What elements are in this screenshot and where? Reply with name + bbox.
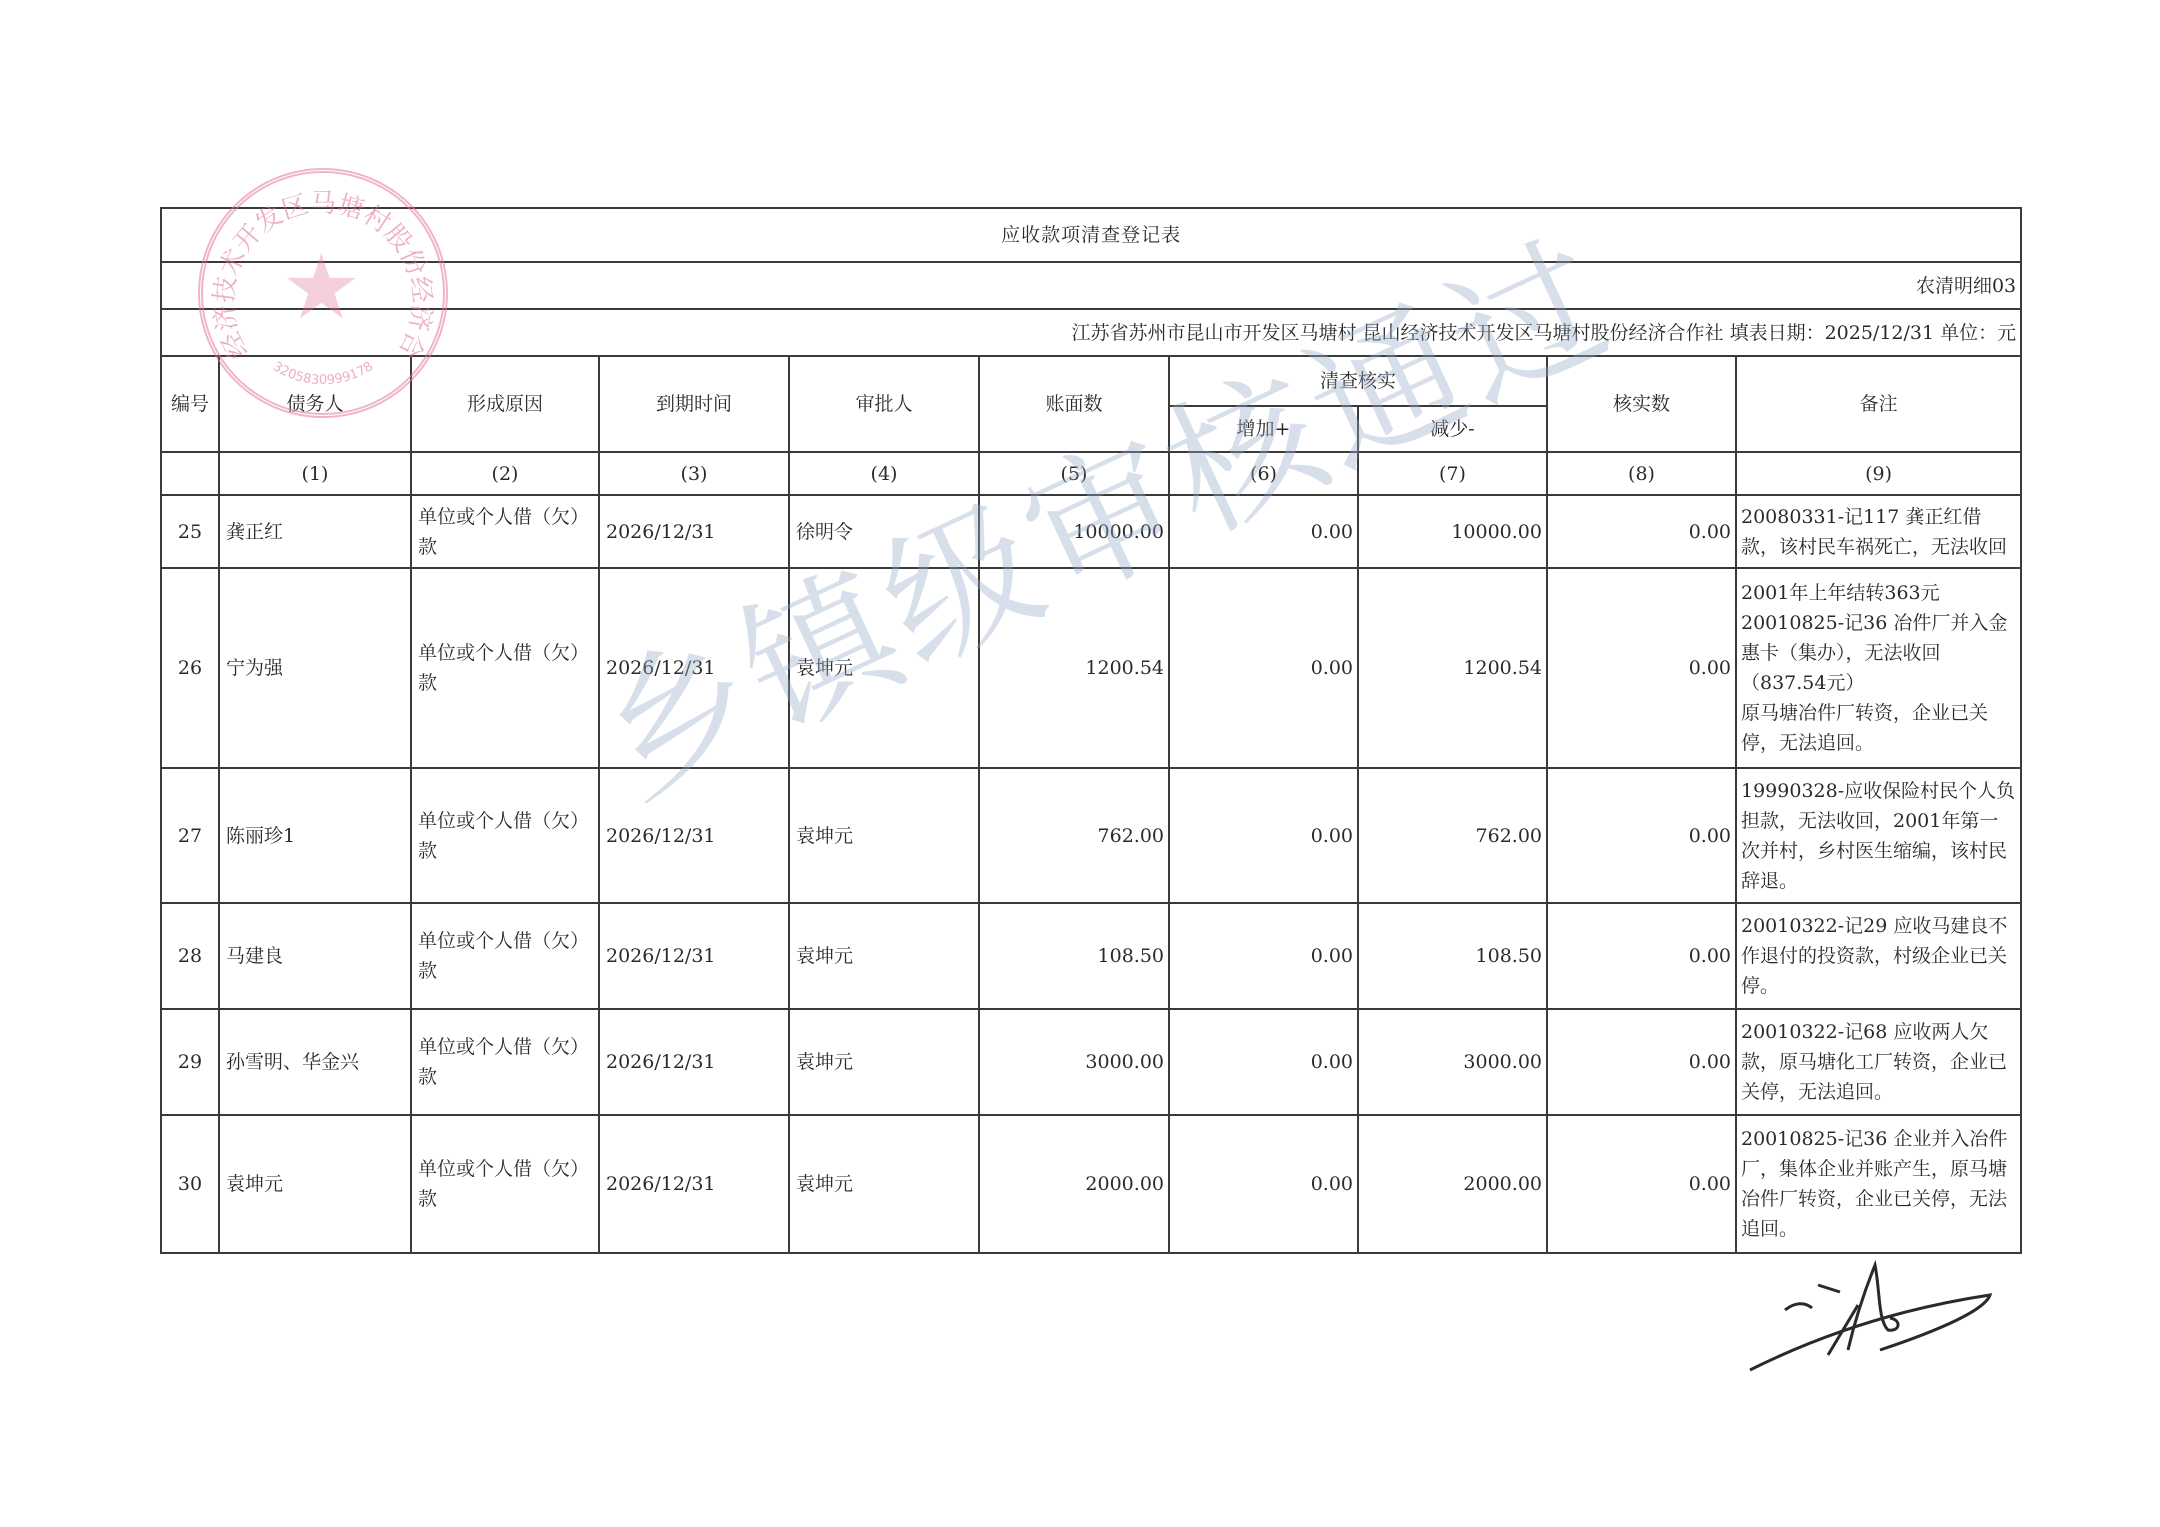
debtor-name: 龚正红 [219, 495, 411, 568]
debtor-name: 宁为强 [219, 568, 411, 768]
due-date: 2026/12/31 [599, 903, 789, 1009]
increase-amount: 0.00 [1169, 1009, 1358, 1115]
decrease-amount: 10000.00 [1358, 495, 1547, 568]
formation-reason: 单位或个人借（欠）款 [411, 768, 599, 903]
remarks: 20010322-记29 应收马建良不作退付的投资款，村级企业已关停。 [1736, 903, 2021, 1009]
book-amount: 3000.00 [979, 1009, 1169, 1115]
header-verified-amount: 核实数 [1547, 356, 1736, 452]
remarks: 19990328-应收保险村民个人负担款，无法收回，2001年第一次并村，乡村医… [1736, 768, 2021, 903]
formation-reason: 单位或个人借（欠）款 [411, 568, 599, 768]
column-number: (1) [219, 452, 411, 495]
table-row: 25龚正红单位或个人借（欠）款2026/12/31徐明令10000.000.00… [161, 495, 2021, 568]
approver-name: 徐明令 [789, 495, 979, 568]
column-number: (8) [1547, 452, 1736, 495]
remarks: 20080331-记117 龚正红借款，该村民车祸死亡，无法收回 [1736, 495, 2021, 568]
table-row: 30袁坤元单位或个人借（欠）款2026/12/31袁坤元2000.000.002… [161, 1115, 2021, 1253]
formation-reason: 单位或个人借（欠）款 [411, 495, 599, 568]
debtor-name: 陈丽珍1 [219, 768, 411, 903]
formation-reason: 单位或个人借（欠）款 [411, 1115, 599, 1253]
due-date: 2026/12/31 [599, 568, 789, 768]
approver-name: 袁坤元 [789, 1115, 979, 1253]
organization-info-line: 江苏省苏州市昆山市开发区马塘村 昆山经济技术开发区马塘村股份经济合作社 填表日期… [161, 309, 2021, 356]
book-amount: 10000.00 [979, 495, 1169, 568]
header-no: 编号 [161, 356, 219, 452]
book-amount: 762.00 [979, 768, 1169, 903]
increase-amount: 0.00 [1169, 903, 1358, 1009]
increase-amount: 0.00 [1169, 495, 1358, 568]
debtor-name: 袁坤元 [219, 1115, 411, 1253]
row-number: 27 [161, 768, 219, 903]
row-number: 28 [161, 903, 219, 1009]
header-debtor: 债务人 [219, 356, 411, 452]
book-amount: 1200.54 [979, 568, 1169, 768]
approver-name: 袁坤元 [789, 1009, 979, 1115]
table-row: 28马建良单位或个人借（欠）款2026/12/31袁坤元108.500.0010… [161, 903, 2021, 1009]
column-number: (6) [1169, 452, 1358, 495]
increase-amount: 0.00 [1169, 1115, 1358, 1253]
column-number-blank [161, 452, 219, 495]
header-decrease: 减少- [1358, 406, 1547, 452]
decrease-amount: 2000.00 [1358, 1115, 1547, 1253]
header-verification-group: 清查核实 [1169, 356, 1547, 406]
decrease-amount: 3000.00 [1358, 1009, 1547, 1115]
due-date: 2026/12/31 [599, 495, 789, 568]
column-number: (4) [789, 452, 979, 495]
verified-amount: 0.00 [1547, 495, 1736, 568]
header-book-amount: 账面数 [979, 356, 1169, 452]
remarks: 20010322-记68 应收两人欠款，原马塘化工厂转资，企业已关停，无法追回。 [1736, 1009, 2021, 1115]
header-approver: 审批人 [789, 356, 979, 452]
approver-name: 袁坤元 [789, 768, 979, 903]
increase-amount: 0.00 [1169, 568, 1358, 768]
due-date: 2026/12/31 [599, 768, 789, 903]
column-number: (5) [979, 452, 1169, 495]
remarks: 2001年上年结转363元 20010825-记36 冶件厂并入金惠卡（集办），… [1736, 568, 2021, 768]
book-amount: 108.50 [979, 903, 1169, 1009]
document-title: 应收款项清查登记表 [161, 208, 2021, 262]
row-number: 30 [161, 1115, 219, 1253]
header-increase: 增加+ [1169, 406, 1358, 452]
decrease-amount: 762.00 [1358, 768, 1547, 903]
verified-amount: 0.00 [1547, 768, 1736, 903]
approver-name: 袁坤元 [789, 903, 979, 1009]
table-row: 29孙雪明、华金兴单位或个人借（欠）款2026/12/31袁坤元3000.000… [161, 1009, 2021, 1115]
row-number: 26 [161, 568, 219, 768]
verified-amount: 0.00 [1547, 1009, 1736, 1115]
due-date: 2026/12/31 [599, 1009, 789, 1115]
row-number: 25 [161, 495, 219, 568]
decrease-amount: 108.50 [1358, 903, 1547, 1009]
formation-reason: 单位或个人借（欠）款 [411, 1009, 599, 1115]
remarks: 20010825-记36 企业并入冶件厂，集体企业并账产生，原马塘冶件厂转资，企… [1736, 1115, 2021, 1253]
approver-name: 袁坤元 [789, 568, 979, 768]
header-due-date: 到期时间 [599, 356, 789, 452]
receivables-register-sheet: 应收款项清查登记表 农清明细03 江苏省苏州市昆山市开发区马塘村 昆山经济技术开… [160, 207, 2020, 1254]
decrease-amount: 1200.54 [1358, 568, 1547, 768]
debtor-name: 马建良 [219, 903, 411, 1009]
formation-reason: 单位或个人借（欠）款 [411, 903, 599, 1009]
receivables-table: 应收款项清查登记表 农清明细03 江苏省苏州市昆山市开发区马塘村 昆山经济技术开… [160, 207, 2022, 1254]
book-amount: 2000.00 [979, 1115, 1169, 1253]
row-number: 29 [161, 1009, 219, 1115]
column-number: (3) [599, 452, 789, 495]
handwritten-signature [1740, 1250, 2000, 1380]
column-number: (9) [1736, 452, 2021, 495]
column-number: (7) [1358, 452, 1547, 495]
header-reason: 形成原因 [411, 356, 599, 452]
form-code: 农清明细03 [161, 262, 2021, 309]
table-row: 26宁为强单位或个人借（欠）款2026/12/31袁坤元1200.540.001… [161, 568, 2021, 768]
verified-amount: 0.00 [1547, 1115, 1736, 1253]
debtor-name: 孙雪明、华金兴 [219, 1009, 411, 1115]
due-date: 2026/12/31 [599, 1115, 789, 1253]
column-number: (2) [411, 452, 599, 495]
table-row: 27陈丽珍1单位或个人借（欠）款2026/12/31袁坤元762.000.007… [161, 768, 2021, 903]
verified-amount: 0.00 [1547, 568, 1736, 768]
increase-amount: 0.00 [1169, 768, 1358, 903]
verified-amount: 0.00 [1547, 903, 1736, 1009]
header-remarks: 备注 [1736, 356, 2021, 452]
